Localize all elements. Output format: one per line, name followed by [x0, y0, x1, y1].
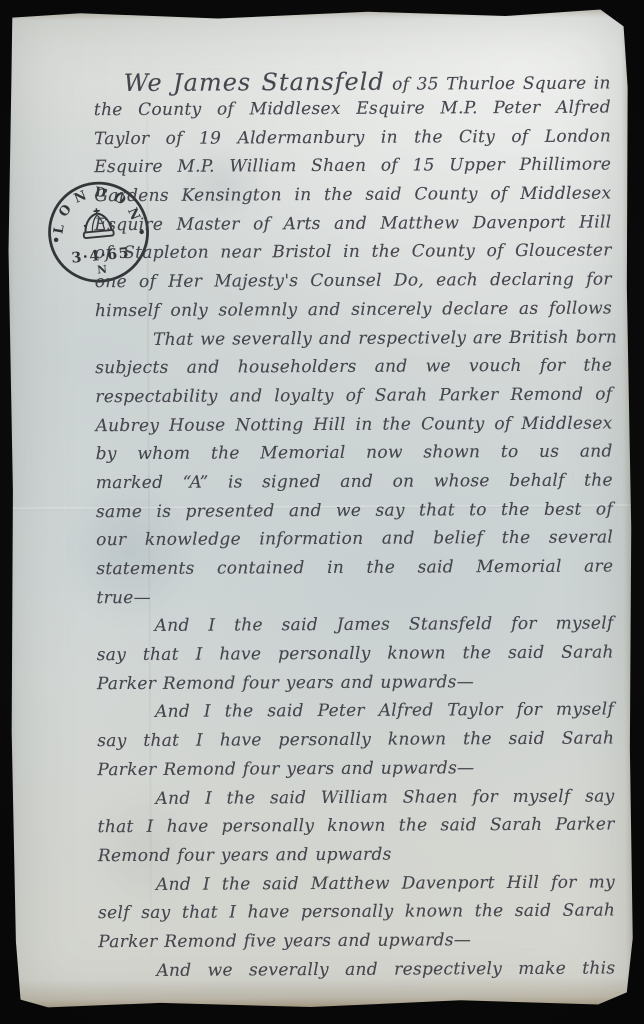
manuscript-opening-line: We James Stansfeld of 35 Thurloe Square … [94, 63, 611, 100]
opening-continuation: of 35 Thurloe Square in [392, 73, 611, 94]
manuscript-line: respectability and loyalty of Sarah Park… [95, 384, 612, 415]
manuscript-line: And I the said James Stansfeld for mysel… [97, 614, 614, 645]
manuscript-line: Parker Remond four years and upwards— [97, 757, 614, 788]
manuscript-line: And we severally and respectively make t… [98, 958, 615, 989]
document-page: LONDON 3·4·65 N We James Stansfeld of 35… [5, 7, 635, 1011]
declarant-names-emphasis: We James Stansfeld [124, 68, 385, 97]
paper-edge-stain-top [5, 7, 630, 20]
paper-edge-stain-right [620, 7, 635, 1008]
manuscript-line: And I the said Matthew Davenport Hill fo… [98, 872, 615, 903]
manuscript-line: Parker Remond five years and upwards— [98, 929, 615, 960]
manuscript-line: Esquire Master of Arts and Matthew Daven… [94, 212, 611, 243]
manuscript-line: Gardens Kensington in the said County of… [94, 184, 611, 215]
manuscript-line: our knowledge information and belief the… [96, 528, 613, 559]
manuscript-line: subjects and householders and we vouch f… [95, 356, 612, 387]
manuscript-line: by whom the Memorial now shown to us and [96, 442, 613, 473]
manuscript-line: himself only solemnly and sincerely decl… [95, 298, 612, 329]
manuscript-line: of Stapleton near Bristol in the County … [95, 241, 612, 272]
manuscript-line: say that I have personally known the sai… [97, 729, 614, 760]
manuscript-line: one of Her Majesty's Counsel Do, each de… [95, 270, 612, 301]
manuscript-line: Aubrey House Notting Hill in the County … [96, 413, 613, 444]
manuscript-line: Remond four years and upwards [98, 843, 615, 874]
manuscript-line: That we severally and respectively are B… [95, 327, 612, 358]
manuscript-line: same is presented and we say that to the… [96, 499, 613, 530]
manuscript-line: that I have personally known the said Sa… [98, 815, 615, 846]
manuscript-line: say that I have personally known the sai… [97, 643, 614, 674]
manuscript-line: the County of Middlesex Esquire M.P. Pet… [94, 97, 611, 128]
stamp-left-dot [54, 237, 59, 242]
manuscript-line: And I the said Peter Alfred Taylor for m… [97, 700, 614, 731]
manuscript-line: true— [96, 585, 613, 616]
manuscript-line: Esquire M.P. William Shaen of 15 Upper P… [94, 155, 611, 186]
photo-background: { "window": { "background_color": "#0a0a… [0, 0, 644, 1024]
manuscript-line: statements contained in the said Memoria… [96, 556, 613, 587]
manuscript-line: marked “A” is signed and on whose behalf… [96, 470, 613, 501]
manuscript-line: Taylor of 19 Aldermanbury in the City of… [94, 126, 611, 157]
manuscript-line: Parker Remond four years and upwards— [97, 671, 614, 702]
manuscript-line: self say that I have personally known th… [98, 901, 615, 932]
manuscript-text: We James Stansfeld of 35 Thurloe Square … [94, 63, 616, 989]
manuscript-line: And I the said William Shaen for myself … [97, 786, 614, 817]
